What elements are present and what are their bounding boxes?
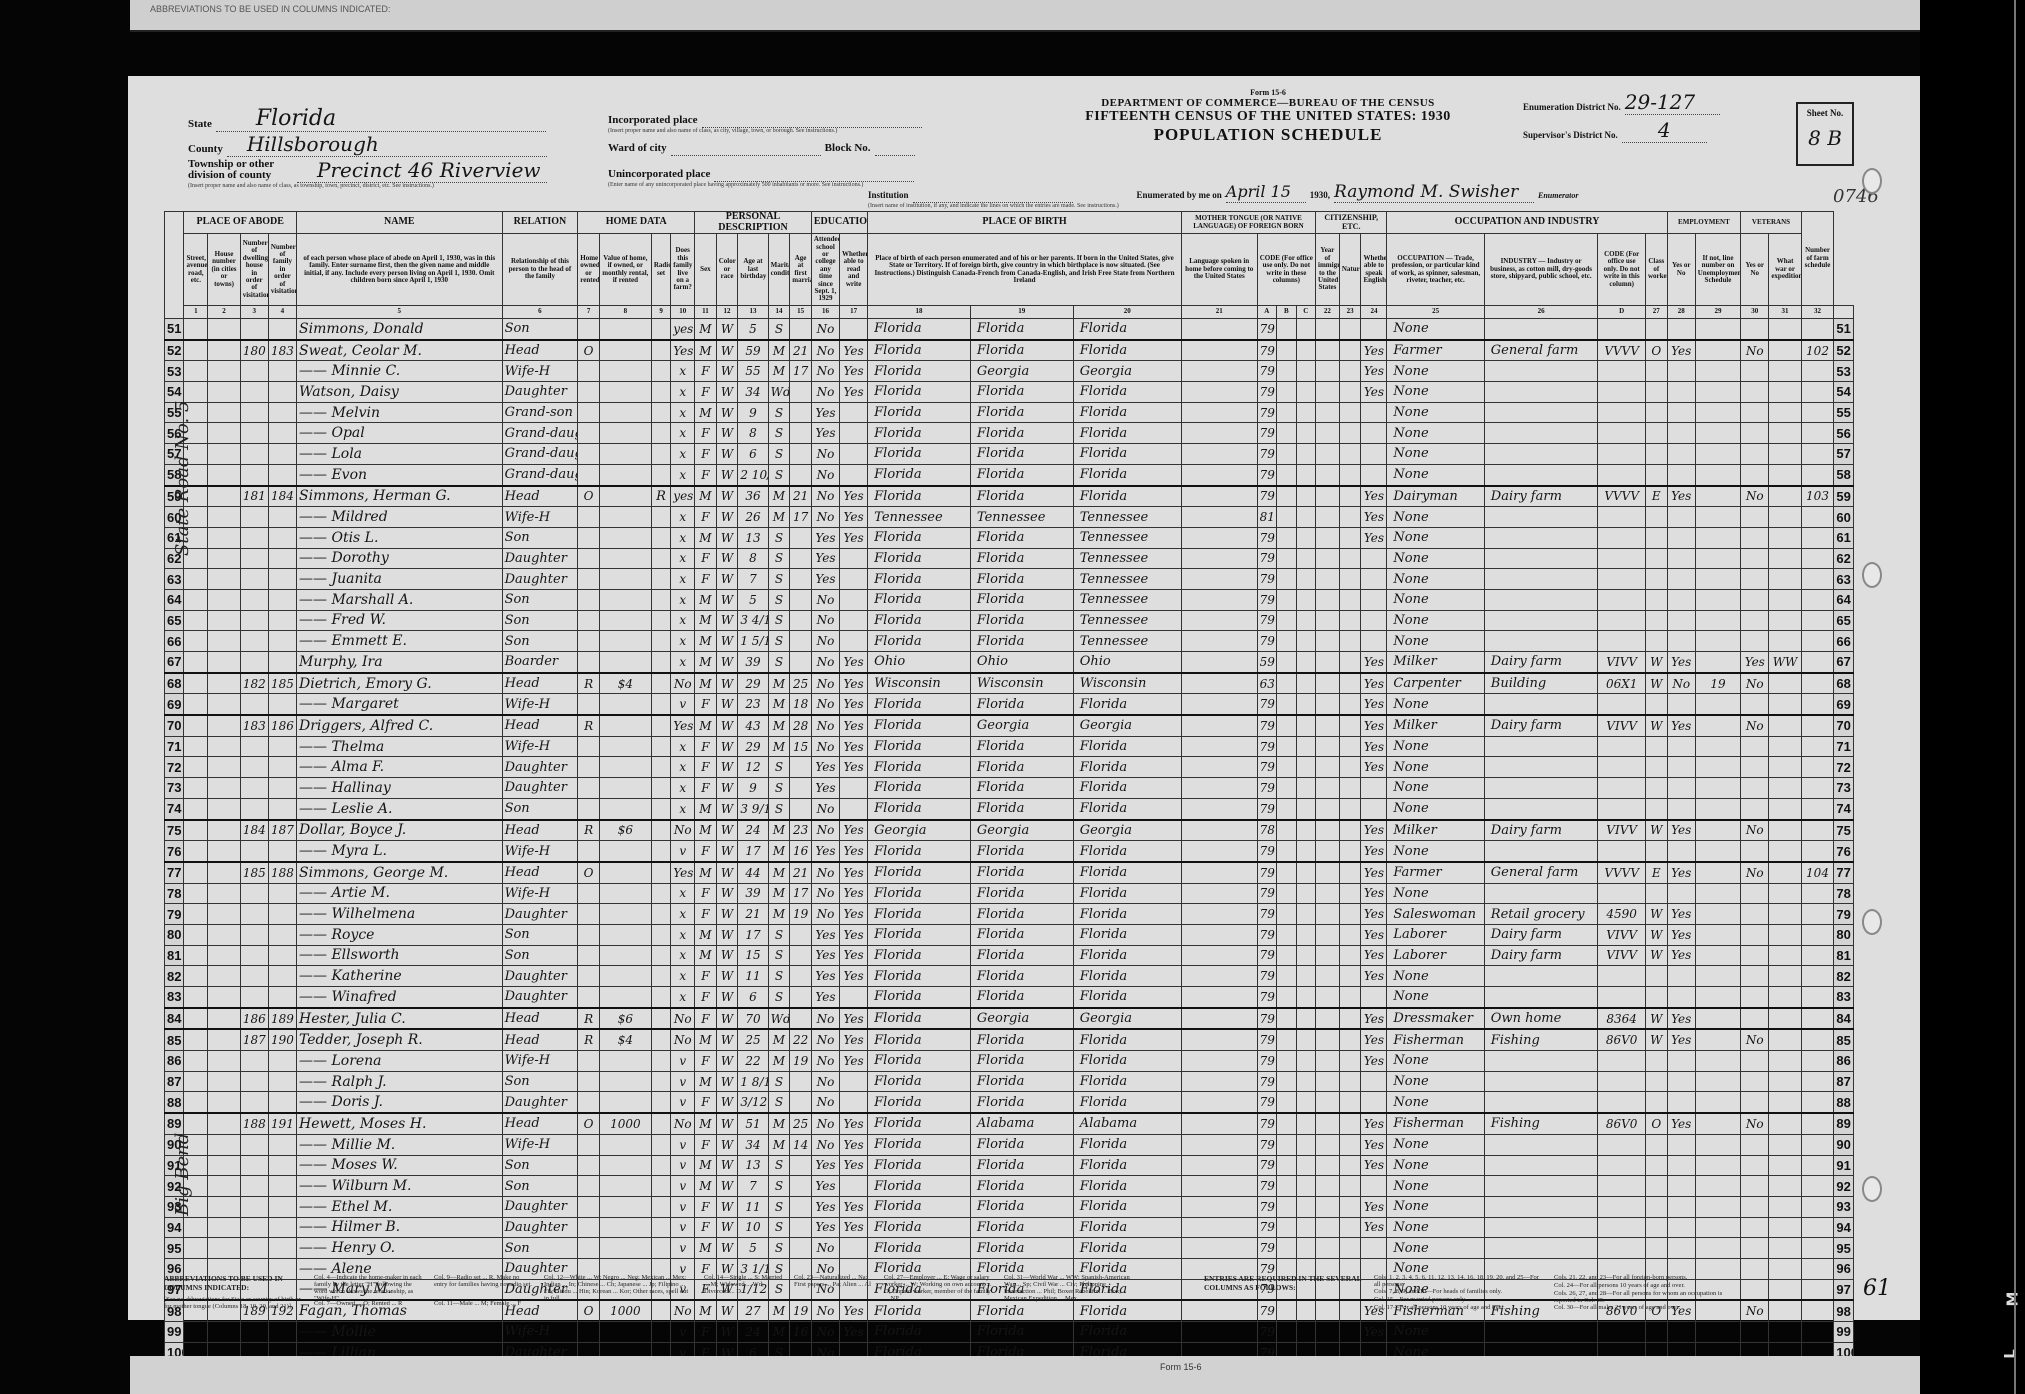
line-number-header	[165, 212, 184, 319]
race-cell: W	[716, 361, 738, 382]
home-owned-cell	[578, 589, 600, 610]
farm-cell: x	[671, 631, 695, 652]
line-number-right: 95	[1834, 1238, 1854, 1259]
relation-cell: Boarder	[502, 652, 578, 673]
read-write-cell: Yes	[840, 1322, 868, 1343]
speak-english-cell: Yes	[1361, 527, 1387, 548]
radio-cell	[651, 966, 670, 987]
read-write-cell: Yes	[840, 340, 868, 361]
class-of-worker-cell	[1645, 569, 1667, 590]
unemployment-line-cell	[1695, 1196, 1740, 1217]
family-number-cell	[268, 548, 296, 569]
occupation-cell: None	[1387, 319, 1484, 340]
column-number: 31	[1769, 306, 1801, 319]
column-number: 29	[1695, 306, 1740, 319]
employed-cell	[1667, 987, 1695, 1008]
birthplace-mother-cell: Florida	[1073, 757, 1181, 778]
school-cell: Yes	[811, 778, 839, 799]
speak-english-cell: Yes	[1361, 1322, 1387, 1343]
age-cell: 13	[738, 1155, 768, 1176]
read-write-cell: Yes	[840, 382, 868, 403]
state-field: Florida	[216, 106, 546, 132]
occupation-cell: Fisherman	[1387, 1113, 1484, 1134]
code-c-cell	[1296, 1176, 1316, 1197]
language-cell	[1181, 464, 1257, 485]
code-a-cell: 79	[1257, 862, 1276, 883]
industry-cell	[1484, 610, 1598, 631]
family-number-cell	[268, 924, 296, 945]
birthplace-mother-cell: Florida	[1073, 945, 1181, 966]
sex-cell: M	[695, 402, 717, 423]
code-a-cell: 79	[1257, 798, 1276, 819]
age-first-marriage-cell: 23	[790, 820, 812, 841]
supervisor-district-value: 4	[1658, 118, 1671, 142]
birthplace-father-cell: Florida	[970, 841, 1073, 862]
war-cell	[1769, 673, 1801, 694]
farm-schedule-cell	[1801, 507, 1833, 528]
family-number-cell: 186	[268, 715, 296, 736]
war-cell	[1769, 924, 1801, 945]
farm-schedule-cell	[1801, 1322, 1833, 1343]
line-number: 54	[165, 382, 184, 403]
line-number-right: 78	[1834, 883, 1854, 904]
race-cell: W	[716, 1051, 738, 1072]
line-number: 74	[165, 798, 184, 819]
table-row: 71—— ThelmaWife-HxFW29M15NoYesFloridaFlo…	[165, 736, 1854, 757]
farm-cell: x	[671, 652, 695, 673]
line-number-right: 82	[1834, 966, 1854, 987]
sex-cell: M	[695, 1071, 717, 1092]
code-b-cell	[1277, 1029, 1296, 1050]
veteran-cell	[1741, 945, 1769, 966]
footer-col4: Col. 4—Indicate the home-maker in each f…	[314, 1274, 424, 1302]
farm-cell: v	[671, 1238, 695, 1259]
home-owned-cell	[578, 610, 600, 631]
veteran-cell	[1741, 319, 1769, 340]
code-b-cell	[1277, 673, 1296, 694]
read-write-cell: Yes	[840, 1196, 868, 1217]
age-first-marriage-cell	[790, 1155, 812, 1176]
farm-schedule-cell	[1801, 610, 1833, 631]
age-first-marriage-cell: 25	[790, 1113, 812, 1134]
school-cell: No	[811, 486, 839, 507]
code-b-cell	[1277, 361, 1296, 382]
name-cell: Hester, Julia C.	[297, 1008, 503, 1030]
home-value-cell	[599, 1196, 651, 1217]
code-c-cell	[1296, 1322, 1316, 1343]
code-c-cell	[1296, 841, 1316, 862]
naturalization-cell	[1339, 673, 1361, 694]
industry-cell	[1484, 589, 1598, 610]
code-a-cell: 79	[1257, 610, 1276, 631]
radio-cell	[651, 820, 670, 841]
family-number-cell: 187	[268, 820, 296, 841]
home-value-cell	[599, 402, 651, 423]
col-31-header: What war or expedition?	[1769, 234, 1801, 306]
occupation-code-cell	[1598, 1092, 1646, 1113]
house-number-cell	[208, 778, 240, 799]
line-number: 77	[165, 862, 184, 883]
birthplace-mother-cell: Tennessee	[1073, 589, 1181, 610]
home-value-cell	[599, 340, 651, 361]
farm-schedule-cell	[1801, 319, 1833, 340]
industry-cell	[1484, 548, 1598, 569]
age-first-marriage-cell	[790, 631, 812, 652]
family-number-cell	[268, 1092, 296, 1113]
code-a-cell: 79	[1257, 1113, 1276, 1134]
birthplace-father-cell: Florida	[970, 904, 1073, 925]
family-number-cell	[268, 631, 296, 652]
street-cell	[184, 862, 208, 883]
dwelling-number-cell	[240, 1155, 268, 1176]
column-number: 7	[578, 306, 600, 319]
title-block: Form 15-6 DEPARTMENT OF COMMERCE—BUREAU …	[968, 88, 1568, 145]
school-cell: No	[811, 1238, 839, 1259]
veteran-cell: Yes	[1741, 652, 1769, 673]
school-cell: No	[811, 1113, 839, 1134]
house-number-cell	[208, 966, 240, 987]
age-first-marriage-cell: 28	[790, 715, 812, 736]
code-b-cell	[1277, 757, 1296, 778]
race-cell: W	[716, 924, 738, 945]
marital-cell: S	[768, 1217, 790, 1238]
speak-english-cell: Yes	[1361, 1217, 1387, 1238]
birthplace-mother-cell: Tennessee	[1073, 507, 1181, 528]
age-first-marriage-cell: 18	[790, 694, 812, 715]
occupation-code-cell	[1598, 778, 1646, 799]
line-number-right: 71	[1834, 736, 1854, 757]
read-write-cell: Yes	[840, 924, 868, 945]
code-c-cell	[1296, 382, 1316, 403]
farm-cell: Yes	[671, 715, 695, 736]
speak-english-cell	[1361, 444, 1387, 465]
col-4-header: Number of family in order of visitation	[268, 234, 296, 306]
age-cell: 39	[738, 652, 768, 673]
farm-cell: x	[671, 464, 695, 485]
house-number-cell	[208, 1322, 240, 1343]
naturalization-cell	[1339, 1051, 1361, 1072]
occupation-code-cell: VIVV	[1598, 820, 1646, 841]
code-c-cell	[1296, 486, 1316, 507]
naturalization-cell	[1339, 589, 1361, 610]
occupation-cell: None	[1387, 423, 1484, 444]
relation-cell: Son	[502, 1238, 578, 1259]
birthplace-mother-cell: Florida	[1073, 841, 1181, 862]
immigration-year-cell	[1316, 694, 1340, 715]
birthplace-father-cell: Florida	[970, 924, 1073, 945]
sex-cell: F	[695, 569, 717, 590]
employed-cell	[1667, 1155, 1695, 1176]
read-write-cell: Yes	[840, 652, 868, 673]
house-number-cell	[208, 862, 240, 883]
industry-cell: Dairy farm	[1484, 652, 1598, 673]
sex-cell: F	[695, 507, 717, 528]
house-number-cell	[208, 507, 240, 528]
home-value-cell: $4	[599, 673, 651, 694]
employed-cell	[1667, 1071, 1695, 1092]
read-write-cell	[840, 548, 868, 569]
code-a-cell: 78	[1257, 820, 1276, 841]
line-number-right: 61	[1834, 527, 1854, 548]
family-number-cell	[268, 694, 296, 715]
home-owned-cell: O	[578, 862, 600, 883]
supervisor-district-field: 4	[1622, 118, 1707, 143]
occupation-code-cell	[1598, 1176, 1646, 1197]
unemployment-line-cell	[1695, 631, 1740, 652]
block-label: Block No.	[825, 142, 871, 154]
name-cell: —— Margaret	[297, 694, 503, 715]
industry-cell: Dairy farm	[1484, 945, 1598, 966]
class-of-worker-cell: E	[1645, 486, 1667, 507]
birthplace-father-cell: Tennessee	[970, 507, 1073, 528]
code-b-cell	[1277, 631, 1296, 652]
name-cell: —— Ethel M.	[297, 1196, 503, 1217]
sex-cell: M	[695, 340, 717, 361]
language-cell	[1181, 1051, 1257, 1072]
birthplace-father-cell: Florida	[970, 757, 1073, 778]
employed-cell: No	[1667, 673, 1695, 694]
occupation-code-cell	[1598, 1051, 1646, 1072]
birthplace-person-cell: Ohio	[868, 652, 971, 673]
class-of-worker-cell: O	[1645, 340, 1667, 361]
speak-english-cell: Yes	[1361, 1029, 1387, 1050]
read-write-cell: Yes	[840, 527, 868, 548]
employed-cell	[1667, 1322, 1695, 1343]
house-number-cell	[208, 402, 240, 423]
code-a-cell: 79	[1257, 987, 1276, 1008]
home-owned-cell	[578, 382, 600, 403]
speak-english-cell	[1361, 589, 1387, 610]
race-cell: W	[716, 1322, 738, 1343]
war-cell	[1769, 1322, 1801, 1343]
home-value-cell	[599, 486, 651, 507]
unemployment-line-cell	[1695, 527, 1740, 548]
code-a-cell: 79	[1257, 444, 1276, 465]
class-of-worker-cell	[1645, 1322, 1667, 1343]
birthplace-person-cell: Florida	[868, 1238, 971, 1259]
immigration-year-cell	[1316, 402, 1340, 423]
speak-english-cell	[1361, 423, 1387, 444]
col-29-header: If not, line number on Unemployment Sche…	[1695, 234, 1740, 306]
occupation-cell: None	[1387, 444, 1484, 465]
unemployment-line-cell	[1695, 1051, 1740, 1072]
marital-cell: S	[768, 778, 790, 799]
naturalization-cell	[1339, 1238, 1361, 1259]
birthplace-mother-cell: Florida	[1073, 1071, 1181, 1092]
birthplace-person-cell: Florida	[868, 778, 971, 799]
table-row: 75184187Dollar, Boyce J.HeadR$6NoMW24M23…	[165, 820, 1854, 841]
birthplace-mother-cell: Florida	[1073, 382, 1181, 403]
war-cell	[1769, 883, 1801, 904]
group-education: EDUCATION	[811, 212, 867, 234]
marital-cell: M	[768, 340, 790, 361]
immigration-year-cell	[1316, 361, 1340, 382]
class-of-worker-cell	[1645, 319, 1667, 340]
home-value-cell	[599, 631, 651, 652]
race-cell: W	[716, 527, 738, 548]
name-cell: —— Millie M.	[297, 1134, 503, 1155]
street-cell	[184, 694, 208, 715]
line-number-right: 51	[1834, 319, 1854, 340]
veteran-cell: No	[1741, 673, 1769, 694]
name-cell: —— Melvin	[297, 402, 503, 423]
class-of-worker-cell	[1645, 1071, 1667, 1092]
occupation-code-cell	[1598, 527, 1646, 548]
line-number: 51	[165, 319, 184, 340]
code-b-cell	[1277, 1134, 1296, 1155]
birthplace-father-cell: Florida	[970, 548, 1073, 569]
code-c-cell	[1296, 1217, 1316, 1238]
speak-english-cell: Yes	[1361, 883, 1387, 904]
war-cell	[1769, 464, 1801, 485]
race-cell: W	[716, 652, 738, 673]
table-row: 58—— EvonGrand-daughterxFW2 10/12SNoFlor…	[165, 464, 1854, 485]
farm-schedule-cell	[1801, 402, 1833, 423]
house-number-cell	[208, 631, 240, 652]
class-of-worker-cell	[1645, 798, 1667, 819]
age-cell: 6	[738, 987, 768, 1008]
immigration-year-cell	[1316, 798, 1340, 819]
employed-cell	[1667, 966, 1695, 987]
farm-cell: No	[671, 1113, 695, 1134]
employed-cell: Yes	[1667, 652, 1695, 673]
occupation-cell: None	[1387, 1051, 1484, 1072]
industry-cell: Building	[1484, 673, 1598, 694]
class-of-worker-cell	[1645, 1092, 1667, 1113]
street-cell	[184, 841, 208, 862]
house-number-cell	[208, 715, 240, 736]
age-first-marriage-cell	[790, 1238, 812, 1259]
code-b-cell	[1277, 694, 1296, 715]
naturalization-cell	[1339, 548, 1361, 569]
col-13-header: Age at last birthday	[738, 234, 768, 306]
birthplace-father-cell: Florida	[970, 1071, 1073, 1092]
employed-cell: Yes	[1667, 340, 1695, 361]
sex-cell: F	[695, 904, 717, 925]
industry-cell	[1484, 1238, 1598, 1259]
veteran-cell	[1741, 841, 1769, 862]
naturalization-cell	[1339, 1155, 1361, 1176]
line-number-right: 54	[1834, 382, 1854, 403]
age-first-marriage-cell	[790, 319, 812, 340]
house-number-cell	[208, 361, 240, 382]
code-a-cell: 63	[1257, 673, 1276, 694]
farm-schedule-cell: 104	[1801, 862, 1833, 883]
house-number-cell	[208, 382, 240, 403]
line-number: 71	[165, 736, 184, 757]
marital-cell: M	[768, 736, 790, 757]
code-c-cell	[1296, 319, 1316, 340]
code-b-cell	[1277, 1092, 1296, 1113]
code-a-cell: 79	[1257, 423, 1276, 444]
street-cell	[184, 340, 208, 361]
war-cell	[1769, 1071, 1801, 1092]
name-cell: —— Artie M.	[297, 883, 503, 904]
next-sheet-edge: Form 15-6	[130, 1356, 1920, 1394]
home-value-cell	[599, 444, 651, 465]
birthplace-mother-cell: Florida	[1073, 987, 1181, 1008]
column-number: 15	[790, 306, 812, 319]
birthplace-person-cell: Wisconsin	[868, 673, 971, 694]
radio-cell	[651, 715, 670, 736]
home-owned-cell	[578, 924, 600, 945]
farm-schedule-cell	[1801, 1155, 1833, 1176]
home-owned-cell: O	[578, 486, 600, 507]
naturalization-cell	[1339, 798, 1361, 819]
sex-cell: M	[695, 1155, 717, 1176]
unemployment-line-cell	[1695, 966, 1740, 987]
speak-english-cell: Yes	[1361, 1113, 1387, 1134]
birthplace-person-cell: Florida	[868, 715, 971, 736]
birthplace-mother-cell: Tennessee	[1073, 548, 1181, 569]
sex-cell: F	[695, 1008, 717, 1030]
street-cell	[184, 904, 208, 925]
employed-cell	[1667, 1238, 1695, 1259]
birthplace-father-cell: Florida	[970, 527, 1073, 548]
naturalization-cell	[1339, 423, 1361, 444]
name-cell: —— Lorena	[297, 1051, 503, 1072]
group-place-of-abode: PLACE OF ABODE	[184, 212, 297, 234]
code-c-cell	[1296, 694, 1316, 715]
marital-cell: S	[768, 1176, 790, 1197]
street-cell	[184, 610, 208, 631]
read-write-cell: Yes	[840, 841, 868, 862]
employed-cell: Yes	[1667, 820, 1695, 841]
age-first-marriage-cell: 14	[790, 1134, 812, 1155]
naturalization-cell	[1339, 924, 1361, 945]
line-number: 70	[165, 715, 184, 736]
naturalization-cell	[1339, 569, 1361, 590]
line-number: 79	[165, 904, 184, 925]
race-cell: W	[716, 778, 738, 799]
sex-cell: M	[695, 673, 717, 694]
school-cell: Yes	[811, 841, 839, 862]
code-b-cell	[1277, 340, 1296, 361]
immigration-year-cell	[1316, 841, 1340, 862]
industry-cell	[1484, 798, 1598, 819]
occupation-cell: None	[1387, 1196, 1484, 1217]
veteran-cell	[1741, 361, 1769, 382]
film-edge-letter: M	[2003, 1292, 2021, 1307]
occupation-cell: None	[1387, 569, 1484, 590]
farm-cell: v	[671, 694, 695, 715]
line-number-right: 84	[1834, 1008, 1854, 1030]
race-cell: W	[716, 1008, 738, 1030]
census-title: FIFTEENTH CENSUS OF THE UNITED STATES: 1…	[968, 109, 1568, 125]
department: DEPARTMENT OF COMMERCE—BUREAU OF THE CEN…	[968, 97, 1568, 109]
industry-cell	[1484, 966, 1598, 987]
code-b-cell	[1277, 423, 1296, 444]
class-of-worker-cell	[1645, 841, 1667, 862]
farm-cell: Yes	[671, 862, 695, 883]
read-write-cell: Yes	[840, 945, 868, 966]
table-row: 92—— Wilburn M.SonvMW7SYesFloridaFlorida…	[165, 1176, 1854, 1197]
birthplace-mother-cell: Georgia	[1073, 820, 1181, 841]
age-cell: 5	[738, 589, 768, 610]
birthplace-person-cell: Florida	[868, 1155, 971, 1176]
radio-cell	[651, 507, 670, 528]
unemployment-line-cell	[1695, 820, 1740, 841]
code-c-cell	[1296, 715, 1316, 736]
birthplace-person-cell: Florida	[868, 610, 971, 631]
age-first-marriage-cell	[790, 382, 812, 403]
farm-schedule-cell: 102	[1801, 340, 1833, 361]
immigration-year-cell	[1316, 507, 1340, 528]
institution-note: (Insert name of institution, if any, and…	[868, 203, 1828, 209]
age-first-marriage-cell	[790, 1217, 812, 1238]
family-number-cell	[268, 736, 296, 757]
home-value-cell	[599, 883, 651, 904]
